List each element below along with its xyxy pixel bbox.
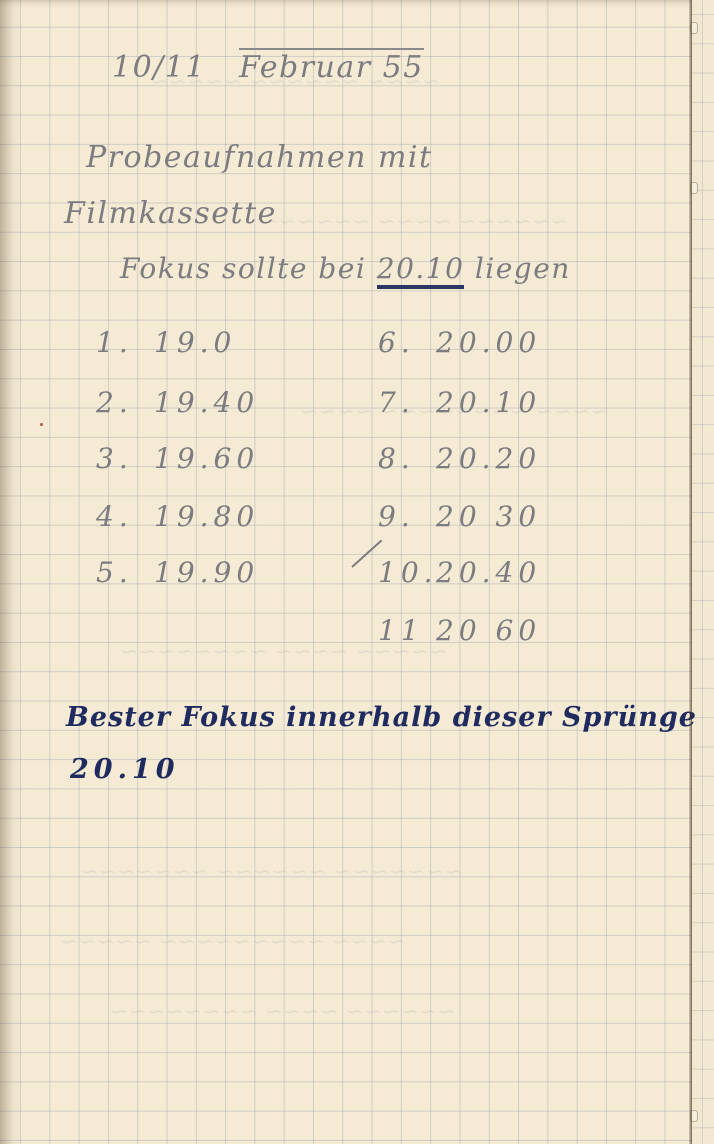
entry-value: 19.40 — [154, 386, 259, 419]
entry-value: 19.80 — [154, 500, 259, 533]
entry-number: 11 — [378, 614, 436, 647]
entry-number: 9. — [378, 500, 436, 533]
binding-notch — [690, 22, 698, 34]
target-focus-value: 20.10 — [377, 254, 465, 289]
date-days: 10/11 — [112, 50, 206, 85]
focus-entry: 4.19.80 — [96, 500, 259, 533]
focus-entry: 9.20 30 — [378, 500, 541, 533]
entry-number: 6. — [378, 326, 436, 359]
focus-entry: 2.19.40 — [96, 386, 259, 419]
entry-value: 20 30 — [436, 500, 541, 533]
entry-number: 7. — [378, 386, 436, 419]
entry-number: 4. — [96, 500, 154, 533]
entry-value: 19.0 — [154, 326, 236, 359]
focus-entry: 5.19.90 — [96, 556, 259, 589]
entry-number: 3. — [96, 442, 154, 475]
focus-entry: 10.20.40 — [378, 556, 541, 589]
intro-line-2: Filmkassette — [64, 196, 277, 231]
adjacent-page-edge — [692, 0, 714, 1144]
date-month-year: Februar 55 — [239, 48, 424, 85]
focus-entry: 1120 60 — [378, 614, 541, 647]
show-through-text: ~~~~ ~~~~~~~~~ ~~~~~ — [60, 930, 406, 955]
entry-value: 20.20 — [436, 442, 541, 475]
entry-number: 10. — [378, 556, 436, 589]
focus-statement-suffix: liegen — [475, 252, 571, 285]
entry-value: 20.10 — [436, 386, 541, 419]
focus-entry: 1.19.0 — [96, 326, 236, 359]
notebook-page: ~~~~ ~~~~~~ ~~~~~ ~~~~~~ ~~~~ ~~~~~~ ~~~… — [0, 0, 692, 1144]
entry-value: 19.90 — [154, 556, 259, 589]
entry-value: 20.40 — [436, 556, 541, 589]
entry-number: 2. — [96, 386, 154, 419]
stray-red-mark — [40, 423, 43, 426]
intro-line-1: Probeaufnahmen mit — [86, 140, 433, 175]
focus-entry: 8.20.20 — [378, 442, 541, 475]
conclusion-line-1: Bester Fokus innerhalb dieser Sprünge — [66, 702, 697, 733]
binding-notch — [690, 1110, 698, 1122]
best-focus-value: 20.10 — [70, 754, 180, 785]
entry-value: 20 60 — [436, 614, 541, 647]
entry-number: 1. — [96, 326, 154, 359]
intro-line-3: Fokus sollte bei 20.10 liegen — [120, 252, 571, 289]
entry-value: 19.60 — [154, 442, 259, 475]
show-through-text: ~~~~~~ ~~~~ ~~~~~~ — [260, 210, 569, 235]
binding-notch — [690, 182, 698, 194]
entry-number: 8. — [378, 442, 436, 475]
show-through-text: ~~~~~~~ ~~~~~~ ~~~~~~~ — [80, 860, 463, 885]
show-through-text: ~~~~~~ ~~~~ ~~~~~~~~ — [110, 1000, 456, 1025]
page-date-heading: 10/11 Februar 55 — [112, 48, 424, 85]
focus-entry: 6.20.00 — [378, 326, 541, 359]
entry-number: 5. — [96, 556, 154, 589]
entry-value: 20.00 — [436, 326, 541, 359]
focus-entry: 7.20.10 — [378, 386, 541, 419]
focus-statement-prefix: Fokus sollte bei — [120, 252, 366, 285]
focus-entry: 3.19.60 — [96, 442, 259, 475]
